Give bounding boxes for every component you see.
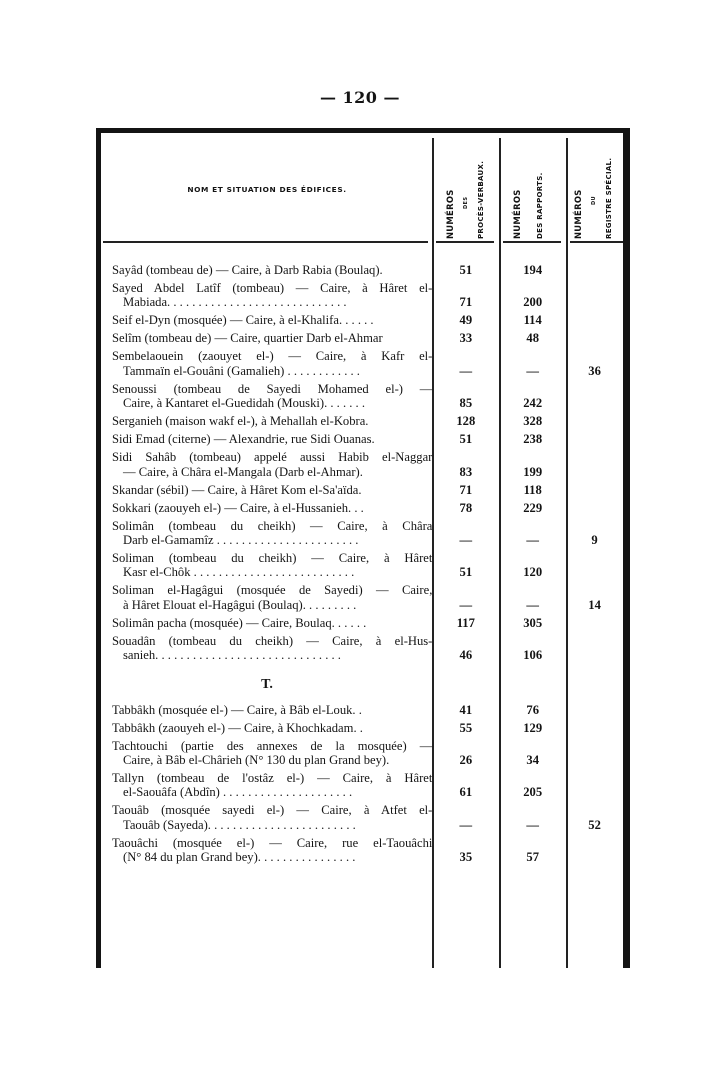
proces-verbal-number: 78 xyxy=(432,501,499,515)
edifice-name: Seif el-Dyn (mosquée) — Caire, à el-Khal… xyxy=(101,313,432,327)
edifice-line-1: Sayâd (tombeau de) — Caire, à Darb Rabia… xyxy=(112,263,432,277)
edifice-name: Tallyn (tombeau de l'ostâz el-) — Caire,… xyxy=(101,771,432,800)
table-row: Tallyn (tombeau de l'ostâz el-) — Caire,… xyxy=(101,771,623,800)
edifice-line-1: Tabbâkh (zaouyeh el-) — Caire, à Khochka… xyxy=(112,721,432,735)
edifice-line-1: Selîm (tombeau de) — Caire, quartier Dar… xyxy=(112,331,432,345)
proces-verbal-number: 51 xyxy=(432,432,499,446)
edifice-line-2: sanieh. . . . . . . . . . . . . . . . . … xyxy=(112,648,432,662)
edifice-line-1: Seif el-Dyn (mosquée) — Caire, à el-Khal… xyxy=(112,313,432,327)
table-row: Sidi Sahâb (tombeau) appelé aussi Habib … xyxy=(101,450,623,479)
proces-verbal-number: 46 xyxy=(432,648,499,662)
rapport-number: 48 xyxy=(499,331,566,345)
rapport-number: 76 xyxy=(499,703,566,717)
header-line: REGISTRE SPÉCIAL. xyxy=(605,158,613,239)
header-name-column: NOM ET SITUATION DES ÉDIFICES. xyxy=(107,185,427,194)
proces-verbal-number: 61 xyxy=(432,785,499,799)
header-line: DES xyxy=(463,197,469,209)
edifice-line-1: Senoussi (tombeau de Sayedi Mohamed el-)… xyxy=(112,382,432,396)
rapport-number: — xyxy=(499,598,566,612)
edifice-name: Skandar (sébil) — Caire, à Hâret Kom el-… xyxy=(101,483,432,497)
edifice-line-1: Sidi Sahâb (tombeau) appelé aussi Habib … xyxy=(112,450,432,464)
header-rule xyxy=(103,241,428,243)
table-row: Solimân (tombeau du cheikh) — Caire, à C… xyxy=(101,519,623,548)
header-line: NUMÉROS xyxy=(445,189,455,239)
table-row: Seif el-Dyn (mosquée) — Caire, à el-Khal… xyxy=(101,313,623,327)
edifice-name: Senoussi (tombeau de Sayedi Mohamed el-)… xyxy=(101,382,432,411)
header-rule xyxy=(570,241,623,243)
table-row: Sembelaouein (zaouyet el-) — Caire, à Ka… xyxy=(101,349,623,378)
edifice-name: Soliman (tombeau du cheikh) — Caire, à H… xyxy=(101,551,432,580)
proces-verbal-number: 41 xyxy=(432,703,499,717)
edifice-name: Sayed Abdel Latîf (tombeau) — Caire, à H… xyxy=(101,281,432,310)
edifice-name: Taouâb (mosquée sayedi el-) — Caire, à A… xyxy=(101,803,432,832)
edifice-name: Sidi Sahâb (tombeau) appelé aussi Habib … xyxy=(101,450,432,479)
edifice-name: Tabbâkh (mosquée el-) — Caire, à Bâb el-… xyxy=(101,703,432,717)
table-row: Sokkari (zaouyeh el-) — Caire, à el-Huss… xyxy=(101,501,623,515)
edifice-line-1: Sembelaouein (zaouyet el-) — Caire, à Ka… xyxy=(112,349,432,363)
table-row: Skandar (sébil) — Caire, à Hâret Kom el-… xyxy=(101,483,623,497)
edifice-name: Solimân (tombeau du cheikh) — Caire, à C… xyxy=(101,519,432,548)
edifice-name: Tachtouchi (partie des annexes de la mos… xyxy=(101,739,432,768)
proces-verbal-number: 71 xyxy=(432,295,499,309)
edifice-line-2: Tammaïn el-Gouâni (Gamalieh) . . . . . .… xyxy=(112,364,432,378)
section-t-rows: Tabbâkh (mosquée el-) — Caire, à Bâb el-… xyxy=(101,703,623,865)
section-s-rows: Sayâd (tombeau de) — Caire, à Darb Rabia… xyxy=(101,263,623,663)
table-row: Tabbâkh (mosquée el-) — Caire, à Bâb el-… xyxy=(101,703,623,717)
header-registre-special: NUMÉROS DU REGISTRE SPÉCIAL. xyxy=(569,141,631,239)
edifice-line-1: Taouâb (mosquée sayedi el-) — Caire, à A… xyxy=(112,803,432,817)
proces-verbal-number: 49 xyxy=(432,313,499,327)
page-number: — 120 — xyxy=(0,88,720,107)
edifices-table: NOM ET SITUATION DES ÉDIFICES. NUMÉROS D… xyxy=(96,128,630,968)
edifice-line-1: Tabbâkh (mosquée el-) — Caire, à Bâb el-… xyxy=(112,703,432,717)
rapport-number: 200 xyxy=(499,295,566,309)
edifice-line-2: — Caire, à Châra el-Mangala (Darb el-Ahm… xyxy=(112,465,432,479)
registre-number: 14 xyxy=(566,598,623,612)
header-line: NUMÉROS xyxy=(512,189,522,239)
edifice-line-2: Mabiada. . . . . . . . . . . . . . . . .… xyxy=(112,295,432,309)
header-rule xyxy=(503,241,561,243)
edifice-line-2: Taouâb (Sayeda). . . . . . . . . . . . .… xyxy=(112,818,432,832)
rapport-number: 57 xyxy=(499,850,566,864)
edifice-line-1: Tallyn (tombeau de l'ostâz el-) — Caire,… xyxy=(112,771,432,785)
proces-verbal-number: 55 xyxy=(432,721,499,735)
rapport-number: 194 xyxy=(499,263,566,277)
edifice-line-1: Sayed Abdel Latîf (tombeau) — Caire, à H… xyxy=(112,281,432,295)
registre-number: 52 xyxy=(566,818,623,832)
edifice-line-1: Soliman el-Hagâgui (mosquée de Sayedi) —… xyxy=(112,583,432,597)
registre-number: 9 xyxy=(566,533,623,547)
section-heading-t: T. xyxy=(101,677,433,693)
edifice-name: Taouâchi (mosquée el-) — Caire, rue el-T… xyxy=(101,836,432,865)
edifice-line-1: Serganieh (maison wakf el-), à Mehallah … xyxy=(112,414,432,428)
proces-verbal-number: — xyxy=(432,598,499,612)
header-line: PROCÈS-VERBAUX. xyxy=(477,161,485,239)
rapport-number: 328 xyxy=(499,414,566,428)
rapport-number: — xyxy=(499,364,566,378)
rapport-number: 229 xyxy=(499,501,566,515)
edifice-line-1: Taouâchi (mosquée el-) — Caire, rue el-T… xyxy=(112,836,432,850)
edifice-name: Sokkari (zaouyeh el-) — Caire, à el-Huss… xyxy=(101,501,432,515)
rapport-number: 199 xyxy=(499,465,566,479)
table-row: Taouâchi (mosquée el-) — Caire, rue el-T… xyxy=(101,836,623,865)
edifice-line-1: Soliman (tombeau du cheikh) — Caire, à H… xyxy=(112,551,432,565)
table-row: Soliman (tombeau du cheikh) — Caire, à H… xyxy=(101,551,623,580)
table-row: Solimân pacha (mosquée) — Caire, Boulaq.… xyxy=(101,616,623,630)
edifice-line-2: Kasr el-Chôk . . . . . . . . . . . . . .… xyxy=(112,565,432,579)
proces-verbal-number: 83 xyxy=(432,465,499,479)
edifice-name: Selîm (tombeau de) — Caire, quartier Dar… xyxy=(101,331,432,345)
edifice-name: Souadân (tombeau du cheikh) — Caire, à e… xyxy=(101,634,432,663)
table-body: Sayâd (tombeau de) — Caire, à Darb Rabia… xyxy=(101,263,623,868)
rapport-number: 106 xyxy=(499,648,566,662)
proces-verbal-number: 85 xyxy=(432,396,499,410)
proces-verbal-number: 128 xyxy=(432,414,499,428)
table-row: Souadân (tombeau du cheikh) — Caire, à e… xyxy=(101,634,623,663)
edifice-name: Serganieh (maison wakf el-), à Mehallah … xyxy=(101,414,432,428)
table-row: Soliman el-Hagâgui (mosquée de Sayedi) —… xyxy=(101,583,623,612)
header-line: NUMÉROS xyxy=(573,189,583,239)
edifice-name: Sembelaouein (zaouyet el-) — Caire, à Ka… xyxy=(101,349,432,378)
header-line: DU xyxy=(591,196,597,205)
proces-verbal-number: 35 xyxy=(432,850,499,864)
edifice-line-1: Sidi Emad (citerne) — Alexandrie, rue Si… xyxy=(112,432,432,446)
table-row: Sidi Emad (citerne) — Alexandrie, rue Si… xyxy=(101,432,623,446)
edifice-line-1: Skandar (sébil) — Caire, à Hâret Kom el-… xyxy=(112,483,432,497)
rapport-number: 118 xyxy=(499,483,566,497)
edifice-name: Solimân pacha (mosquée) — Caire, Boulaq.… xyxy=(101,616,432,630)
edifice-name: Sayâd (tombeau de) — Caire, à Darb Rabia… xyxy=(101,263,432,277)
proces-verbal-number: 33 xyxy=(432,331,499,345)
edifice-line-1: Souadân (tombeau du cheikh) — Caire, à e… xyxy=(112,634,432,648)
table-row: Sayâd (tombeau de) — Caire, à Darb Rabia… xyxy=(101,263,623,277)
rapport-number: 242 xyxy=(499,396,566,410)
edifice-line-1: Solimân (tombeau du cheikh) — Caire, à C… xyxy=(112,519,432,533)
table-row: Sayed Abdel Latîf (tombeau) — Caire, à H… xyxy=(101,281,623,310)
table-row: Serganieh (maison wakf el-), à Mehallah … xyxy=(101,414,623,428)
registre-number: 36 xyxy=(566,364,623,378)
header-proces-verbaux: NUMÉROS DES PROCÈS-VERBAUX. xyxy=(435,141,497,239)
rapport-number: 205 xyxy=(499,785,566,799)
proces-verbal-number: 26 xyxy=(432,753,499,767)
edifice-line-1: Tachtouchi (partie des annexes de la mos… xyxy=(112,739,432,753)
proces-verbal-number: 117 xyxy=(432,616,499,630)
proces-verbal-number: — xyxy=(432,364,499,378)
proces-verbal-number: 51 xyxy=(432,565,499,579)
edifice-line-2: Darb el-Gamamîz . . . . . . . . . . . . … xyxy=(112,533,432,547)
table-row: Senoussi (tombeau de Sayedi Mohamed el-)… xyxy=(101,382,623,411)
rapport-number: 305 xyxy=(499,616,566,630)
edifice-line-2: el-Saouâfa (Abdîn) . . . . . . . . . . .… xyxy=(112,785,432,799)
proces-verbal-number: 71 xyxy=(432,483,499,497)
proces-verbal-number: 51 xyxy=(432,263,499,277)
proces-verbal-number: — xyxy=(432,533,499,547)
table-row: Taouâb (mosquée sayedi el-) — Caire, à A… xyxy=(101,803,623,832)
edifice-line-1: Solimân pacha (mosquée) — Caire, Boulaq.… xyxy=(112,616,432,630)
rapport-number: 34 xyxy=(499,753,566,767)
edifice-line-1: Sokkari (zaouyeh el-) — Caire, à el-Huss… xyxy=(112,501,432,515)
edifice-line-2: Caire, à Bâb el-Chârieh (N° 130 du plan … xyxy=(112,753,432,767)
rapport-number: 238 xyxy=(499,432,566,446)
rapport-number: 114 xyxy=(499,313,566,327)
edifice-name: Sidi Emad (citerne) — Alexandrie, rue Si… xyxy=(101,432,432,446)
rapport-number: 129 xyxy=(499,721,566,735)
rapport-number: — xyxy=(499,533,566,547)
edifice-line-2: (N° 84 du plan Grand bey). . . . . . . .… xyxy=(112,850,432,864)
table-row: Selîm (tombeau de) — Caire, quartier Dar… xyxy=(101,331,623,345)
rapport-number: 120 xyxy=(499,565,566,579)
table-row: Tabbâkh (zaouyeh el-) — Caire, à Khochka… xyxy=(101,721,623,735)
table-row: Tachtouchi (partie des annexes de la mos… xyxy=(101,739,623,768)
edifice-line-2: à Hâret Elouat el-Hagâgui (Boulaq). . . … xyxy=(112,598,432,612)
header-line: DES RAPPORTS. xyxy=(536,172,544,239)
edifice-name: Soliman el-Hagâgui (mosquée de Sayedi) —… xyxy=(101,583,432,612)
edifice-name: Tabbâkh (zaouyeh el-) — Caire, à Khochka… xyxy=(101,721,432,735)
proces-verbal-number: — xyxy=(432,818,499,832)
rapport-number: — xyxy=(499,818,566,832)
header-rule xyxy=(436,241,494,243)
edifice-line-2: Caire, à Kantaret el-Guedidah (Mouski). … xyxy=(112,396,432,410)
header-rapports: NUMÉROS DES RAPPORTS. xyxy=(502,141,564,239)
